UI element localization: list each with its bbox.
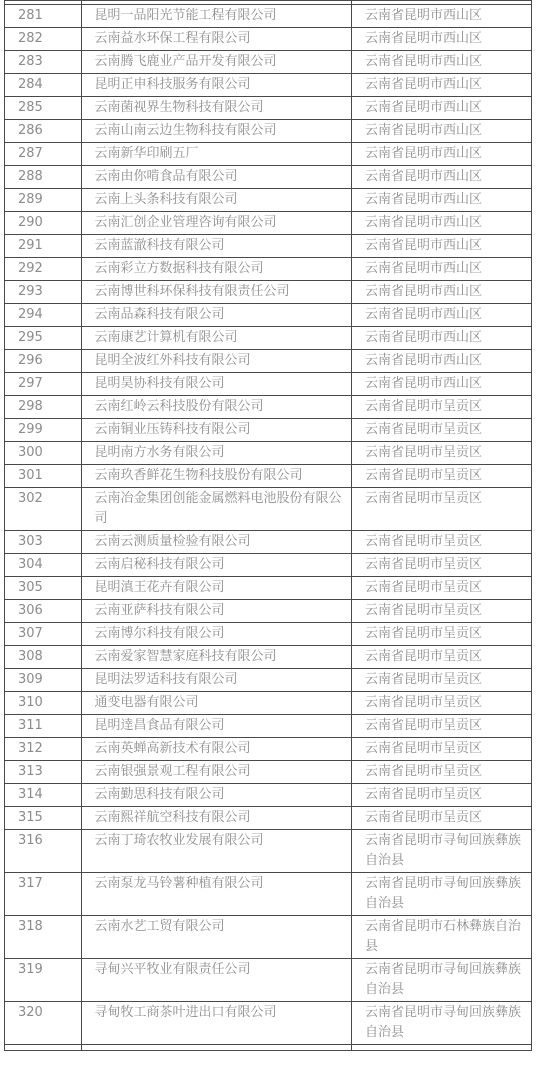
row-number-cell: 316 [5, 830, 82, 873]
clipped-row-bottom [5, 1045, 532, 1051]
location-cell: 云南省昆明市西山区 [352, 51, 532, 74]
table-row: 295云南康艺计算机有限公司云南省昆明市西山区 [5, 327, 532, 350]
table-row: 303云南云测质量检验有限公司云南省昆明市呈贡区 [5, 531, 532, 554]
location-cell: 云南省昆明市呈贡区 [352, 646, 532, 669]
table-row: 299云南铜业压铸科技有限公司云南省昆明市呈贡区 [5, 419, 532, 442]
row-number-cell: 299 [5, 419, 82, 442]
table-row: 287云南新华印刷五厂云南省昆明市西山区 [5, 143, 532, 166]
table-row: 296昆明全波红外科技有限公司云南省昆明市西山区 [5, 350, 532, 373]
table-row: 313云南银强景观工程有限公司云南省昆明市呈贡区 [5, 761, 532, 784]
table-row: 319寻甸兴平牧业有限责任公司云南省昆明市寻甸回族彝族自治县 [5, 959, 532, 1002]
row-number-cell: 300 [5, 442, 82, 465]
row-number-cell: 291 [5, 235, 82, 258]
table-row: 318云南水艺工贸有限公司云南省昆明市石林彝族自治县 [5, 916, 532, 959]
row-number-cell: 318 [5, 916, 82, 959]
location-cell: 云南省昆明市西山区 [352, 304, 532, 327]
location-cell: 云南省昆明市呈贡区 [352, 692, 532, 715]
table-row: 293云南博世科环保科技有限责任公司云南省昆明市西山区 [5, 281, 532, 304]
company-name-cell: 云南益水环保工程有限公司 [81, 28, 352, 51]
row-number-cell: 281 [5, 5, 82, 28]
row-number-cell: 317 [5, 873, 82, 916]
company-name-cell: 通变电器有限公司 [81, 692, 352, 715]
row-number-cell: 308 [5, 646, 82, 669]
company-table: 281昆明一品阳光节能工程有限公司云南省昆明市西山区282云南益水环保工程有限公… [4, 0, 532, 1051]
company-name-cell: 云南蓝澈科技有限公司 [81, 235, 352, 258]
location-cell: 云南省昆明市西山区 [352, 373, 532, 396]
row-number-cell: 292 [5, 258, 82, 281]
table-row: 304云南启秘科技有限公司云南省昆明市呈贡区 [5, 554, 532, 577]
table-row: 300昆明南方水务有限公司云南省昆明市呈贡区 [5, 442, 532, 465]
row-number-cell: 301 [5, 465, 82, 488]
row-number-cell: 314 [5, 784, 82, 807]
location-cell: 云南省昆明市西山区 [352, 97, 532, 120]
table-row: 282云南益水环保工程有限公司云南省昆明市西山区 [5, 28, 532, 51]
row-number-cell: 312 [5, 738, 82, 761]
location-cell: 云南省昆明市呈贡区 [352, 784, 532, 807]
location-cell: 云南省昆明市呈贡区 [352, 761, 532, 784]
row-number-cell: 282 [5, 28, 82, 51]
company-name-cell: 云南云测质量检验有限公司 [81, 531, 352, 554]
location-cell: 云南省昆明市呈贡区 [352, 600, 532, 623]
location-cell: 云南省昆明市呈贡区 [352, 488, 532, 531]
location-cell: 云南省昆明市石林彝族自治县 [352, 916, 532, 959]
row-number-cell: 287 [5, 143, 82, 166]
table-row: 292云南彩立方数据科技有限公司云南省昆明市西山区 [5, 258, 532, 281]
row-number-cell: 284 [5, 74, 82, 97]
row-number-cell: 306 [5, 600, 82, 623]
table-row: 316云南丁琦农牧业发展有限公司云南省昆明市寻甸回族彝族自治县 [5, 830, 532, 873]
table-row: 285云南菌视界生物科技有限公司云南省昆明市西山区 [5, 97, 532, 120]
location-cell: 云南省昆明市呈贡区 [352, 738, 532, 761]
row-number-cell: 319 [5, 959, 82, 1002]
table-row: 310通变电器有限公司云南省昆明市呈贡区 [5, 692, 532, 715]
company-name-cell: 云南新华印刷五厂 [81, 143, 352, 166]
company-name-cell: 云南菌视界生物科技有限公司 [81, 97, 352, 120]
row-number-cell: 305 [5, 577, 82, 600]
location-cell: 云南省昆明市呈贡区 [352, 531, 532, 554]
table-row: 314云南勤思科技有限公司云南省昆明市呈贡区 [5, 784, 532, 807]
row-number-cell: 302 [5, 488, 82, 531]
row-number-cell: 304 [5, 554, 82, 577]
row-number-cell: 298 [5, 396, 82, 419]
location-cell: 云南省昆明市西山区 [352, 281, 532, 304]
table-row: 283云南腾飞鹿业产品开发有限公司云南省昆明市西山区 [5, 51, 532, 74]
row-number-cell: 307 [5, 623, 82, 646]
page: 281昆明一品阳光节能工程有限公司云南省昆明市西山区282云南益水环保工程有限公… [0, 0, 536, 1078]
table-row: 320寻甸牧工商茶叶进出口有限公司云南省昆明市寻甸回族彝族自治县 [5, 1002, 532, 1045]
table-row: 305昆明滇王花卉有限公司云南省昆明市呈贡区 [5, 577, 532, 600]
row-number-cell: 286 [5, 120, 82, 143]
row-number-cell: 313 [5, 761, 82, 784]
company-name-cell: 昆明正申科技服务有限公司 [81, 74, 352, 97]
location-cell: 云南省昆明市寻甸回族彝族自治县 [352, 830, 532, 873]
company-name-cell: 云南汇创企业管理咨询有限公司 [81, 212, 352, 235]
location-cell: 云南省昆明市西山区 [352, 258, 532, 281]
row-number-cell: 310 [5, 692, 82, 715]
clipped-cell [352, 1045, 532, 1051]
company-name-cell: 昆明一品阳光节能工程有限公司 [81, 5, 352, 28]
table-row: 288云南由你啃食品有限公司云南省昆明市西山区 [5, 166, 532, 189]
table-row: 291云南蓝澈科技有限公司云南省昆明市西山区 [5, 235, 532, 258]
location-cell: 云南省昆明市西山区 [352, 28, 532, 51]
company-name-cell: 云南腾飞鹿业产品开发有限公司 [81, 51, 352, 74]
company-name-cell: 云南品森科技有限公司 [81, 304, 352, 327]
company-name-cell: 云南红岭云科技股份有限公司 [81, 396, 352, 419]
table-row: 290云南汇创企业管理咨询有限公司云南省昆明市西山区 [5, 212, 532, 235]
company-name-cell: 昆明昊协科技有限公司 [81, 373, 352, 396]
company-name-cell: 云南丁琦农牧业发展有限公司 [81, 830, 352, 873]
table-row: 302云南冶金集团创能金属燃料电池股份有限公司云南省昆明市呈贡区 [5, 488, 532, 531]
row-number-cell: 297 [5, 373, 82, 396]
location-cell: 云南省昆明市呈贡区 [352, 623, 532, 646]
table-row: 286云南山南云边生物科技有限公司云南省昆明市西山区 [5, 120, 532, 143]
table-row: 294云南品森科技有限公司云南省昆明市西山区 [5, 304, 532, 327]
row-number-cell: 283 [5, 51, 82, 74]
table-row: 281昆明一品阳光节能工程有限公司云南省昆明市西山区 [5, 5, 532, 28]
location-cell: 云南省昆明市呈贡区 [352, 715, 532, 738]
company-name-cell: 云南水艺工贸有限公司 [81, 916, 352, 959]
table-row: 308云南爱家智慧家庭科技有限公司云南省昆明市呈贡区 [5, 646, 532, 669]
table-row: 312云南英蝉高新技术有限公司云南省昆明市呈贡区 [5, 738, 532, 761]
row-number-cell: 290 [5, 212, 82, 235]
company-name-cell: 寻甸牧工商茶叶进出口有限公司 [81, 1002, 352, 1045]
company-name-cell: 云南玖香鲜花生物科技股份有限公司 [81, 465, 352, 488]
location-cell: 云南省昆明市呈贡区 [352, 419, 532, 442]
table-row: 284昆明正申科技服务有限公司云南省昆明市西山区 [5, 74, 532, 97]
company-name-cell: 云南熙祥航空科技有限公司 [81, 807, 352, 830]
company-name-cell: 云南山南云边生物科技有限公司 [81, 120, 352, 143]
table-row: 301云南玖香鲜花生物科技股份有限公司云南省昆明市呈贡区 [5, 465, 532, 488]
location-cell: 云南省昆明市呈贡区 [352, 577, 532, 600]
row-number-cell: 303 [5, 531, 82, 554]
table-row: 297昆明昊协科技有限公司云南省昆明市西山区 [5, 373, 532, 396]
company-name-cell: 云南英蝉高新技术有限公司 [81, 738, 352, 761]
location-cell: 云南省昆明市呈贡区 [352, 396, 532, 419]
clipped-cell [5, 1045, 82, 1051]
company-name-cell: 云南爱家智慧家庭科技有限公司 [81, 646, 352, 669]
location-cell: 云南省昆明市呈贡区 [352, 669, 532, 692]
company-name-cell: 昆明滇王花卉有限公司 [81, 577, 352, 600]
location-cell: 云南省昆明市西山区 [352, 350, 532, 373]
row-number-cell: 320 [5, 1002, 82, 1045]
location-cell: 云南省昆明市寻甸回族彝族自治县 [352, 1002, 532, 1045]
company-name-cell: 云南彩立方数据科技有限公司 [81, 258, 352, 281]
company-name-cell: 云南勤思科技有限公司 [81, 784, 352, 807]
table-row: 307云南博尔科技有限公司云南省昆明市呈贡区 [5, 623, 532, 646]
company-name-cell: 昆明法罗适科技有限公司 [81, 669, 352, 692]
location-cell: 云南省昆明市呈贡区 [352, 465, 532, 488]
row-number-cell: 311 [5, 715, 82, 738]
location-cell: 云南省昆明市呈贡区 [352, 807, 532, 830]
company-name-cell: 云南启秘科技有限公司 [81, 554, 352, 577]
table-row: 289云南上头条科技有限公司云南省昆明市西山区 [5, 189, 532, 212]
table-row: 309昆明法罗适科技有限公司云南省昆明市呈贡区 [5, 669, 532, 692]
table-row: 317云南泵龙马铃薯种植有限公司云南省昆明市寻甸回族彝族自治县 [5, 873, 532, 916]
row-number-cell: 309 [5, 669, 82, 692]
row-number-cell: 295 [5, 327, 82, 350]
company-name-cell: 昆明全波红外科技有限公司 [81, 350, 352, 373]
company-name-cell: 云南由你啃食品有限公司 [81, 166, 352, 189]
company-name-cell: 云南泵龙马铃薯种植有限公司 [81, 873, 352, 916]
location-cell: 云南省昆明市西山区 [352, 74, 532, 97]
company-name-cell: 寻甸兴平牧业有限责任公司 [81, 959, 352, 1002]
row-number-cell: 315 [5, 807, 82, 830]
clipped-cell [81, 1045, 352, 1051]
row-number-cell: 289 [5, 189, 82, 212]
location-cell: 云南省昆明市呈贡区 [352, 442, 532, 465]
company-table-body: 281昆明一品阳光节能工程有限公司云南省昆明市西山区282云南益水环保工程有限公… [5, 1, 532, 1051]
company-name-cell: 云南博世科环保科技有限责任公司 [81, 281, 352, 304]
row-number-cell: 296 [5, 350, 82, 373]
table-row: 306云南亚萨科技有限公司云南省昆明市呈贡区 [5, 600, 532, 623]
company-name-cell: 云南亚萨科技有限公司 [81, 600, 352, 623]
table-row: 298云南红岭云科技股份有限公司云南省昆明市呈贡区 [5, 396, 532, 419]
row-number-cell: 294 [5, 304, 82, 327]
location-cell: 云南省昆明市西山区 [352, 212, 532, 235]
company-name-cell: 云南铜业压铸科技有限公司 [81, 419, 352, 442]
company-name-cell: 云南上头条科技有限公司 [81, 189, 352, 212]
row-number-cell: 293 [5, 281, 82, 304]
company-name-cell: 云南博尔科技有限公司 [81, 623, 352, 646]
table-row: 311昆明逹昌食品有限公司云南省昆明市呈贡区 [5, 715, 532, 738]
location-cell: 云南省昆明市西山区 [352, 327, 532, 350]
location-cell: 云南省昆明市呈贡区 [352, 554, 532, 577]
location-cell: 云南省昆明市西山区 [352, 166, 532, 189]
company-name-cell: 昆明逹昌食品有限公司 [81, 715, 352, 738]
row-number-cell: 288 [5, 166, 82, 189]
location-cell: 云南省昆明市西山区 [352, 120, 532, 143]
location-cell: 云南省昆明市西山区 [352, 5, 532, 28]
company-name-cell: 云南银强景观工程有限公司 [81, 761, 352, 784]
location-cell: 云南省昆明市西山区 [352, 235, 532, 258]
row-number-cell: 285 [5, 97, 82, 120]
location-cell: 云南省昆明市寻甸回族彝族自治县 [352, 873, 532, 916]
location-cell: 云南省昆明市西山区 [352, 189, 532, 212]
company-name-cell: 昆明南方水务有限公司 [81, 442, 352, 465]
location-cell: 云南省昆明市西山区 [352, 143, 532, 166]
location-cell: 云南省昆明市寻甸回族彝族自治县 [352, 959, 532, 1002]
company-name-cell: 云南冶金集团创能金属燃料电池股份有限公司 [81, 488, 352, 531]
company-name-cell: 云南康艺计算机有限公司 [81, 327, 352, 350]
table-row: 315云南熙祥航空科技有限公司云南省昆明市呈贡区 [5, 807, 532, 830]
